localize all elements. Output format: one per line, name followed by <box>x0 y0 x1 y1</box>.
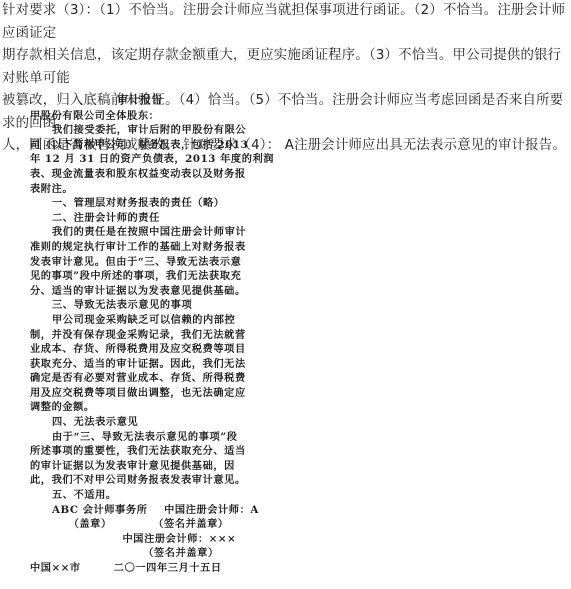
section-body-line: 调整的金额。 <box>30 400 250 415</box>
section-heading: 四、无法表示意见 <box>30 415 250 430</box>
section-body-line: 此，我们不对甲公司财务报表发表审计意见。 <box>30 473 250 488</box>
section-body-line: 制，并没有保存现金采购记录，我们无法就营 <box>30 328 250 343</box>
section-body-line: 甲公司现金采购缺乏可以信赖的内部控 <box>30 313 250 328</box>
report-title: 审计报告 <box>30 93 250 108</box>
signature-line: ABC 会计师事务所 中国注册会计师：A <box>30 503 250 518</box>
section-heading: 二、注册会计师的责任 <box>30 211 250 226</box>
answer-line: 期存款相关信息，该定期存款金额重大，更应实施函证程序。（3）不恰当。甲公司提供的… <box>2 45 568 90</box>
answer-line: 针对要求（3）：（1）不恰当。注册会计师应当就担保事项进行函证。（2）不恰当。注… <box>2 0 568 45</box>
report-intro-line: 我们接受委托，审计后附的甲股份有限公 <box>30 123 250 138</box>
section-body-line: 所述事项的重要性，我们无法获取充分、适当 <box>30 444 250 459</box>
section-heading: 三、导致无法表示意见的事项 <box>30 298 250 313</box>
signature-line: 中国注册会计师：××× <box>30 532 250 547</box>
report-addressee: 甲股份有限公司全体股东： <box>30 109 250 124</box>
signature-line: （盖章） （签名并盖章） <box>30 517 250 532</box>
section-body-line: 确定是否有必要对营业成本、存货、所得税费 <box>30 371 250 386</box>
section-body-line: 发表审计意见。但由于“三、导致无法表示意 <box>30 255 250 270</box>
section-heading: 一、管理层对财务报表的责任（略） <box>30 196 250 211</box>
signature-line: （签名并盖章） <box>30 546 250 561</box>
section-heading: 五、不适用。 <box>30 488 250 503</box>
section-body-line: 业成本、存货、所得税费用及应交税费等项目 <box>30 342 250 357</box>
section-body-line: 获取充分、适当的审计证据。因此，我们无法 <box>30 357 250 372</box>
report-intro-line: 年 12 月 31 日的资产负债表，2013 年度的利润 <box>30 152 250 167</box>
section-body-line: 分、适当的审计证据以为发表意见提供基础。 <box>30 284 250 299</box>
section-body-line: 用及应交税费等项目做出调整，也无法确定应 <box>30 386 250 401</box>
report-intro-line: 表附注。 <box>30 182 250 197</box>
report-intro-line: 表、现金流量表和股东权益变动表以及财务报 <box>30 167 250 182</box>
section-body-line: 由于“三、导致无法表示意见的事项”段 <box>30 430 250 445</box>
section-body-line: 我们的责任是在按照中国注册会计师审计 <box>30 225 250 240</box>
section-body-line: 见的事项”段中所述的事项，我们无法获取充 <box>30 269 250 284</box>
audit-report-scan: 审计报告 甲股份有限公司全体股东： 我们接受委托，审计后附的甲股份有限公 司（以… <box>30 93 250 576</box>
section-body-line: 准则的规定执行审计工作的基础上对财务报表 <box>30 240 250 255</box>
section-body-line: 的审计证据以为发表审计意见提供基础，因 <box>30 459 250 474</box>
signature-line: 中国××市 二〇一四年三月十五日 <box>30 561 250 576</box>
report-intro-line: 司（以下简称甲公司）财务报表，包括 2013 <box>30 138 250 153</box>
